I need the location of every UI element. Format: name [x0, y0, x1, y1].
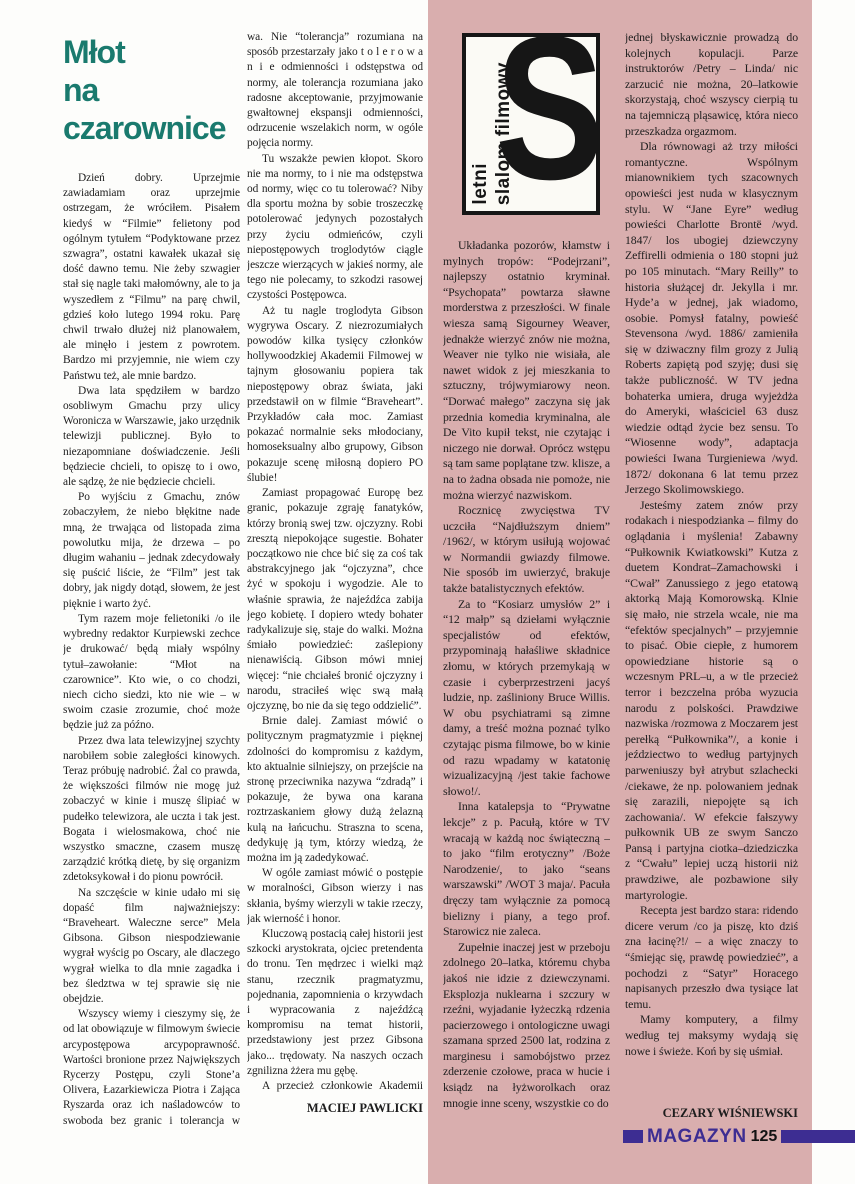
- slalom-filmowy-logo: letni slalom filmowy S: [462, 33, 600, 215]
- paragraph: Recepta jest bardzo stara: ridendo dicer…: [625, 903, 798, 1012]
- paragraph: Dwa lata spędziłem w bardzo osobliwym Gm…: [63, 384, 240, 490]
- article-left-text-1: Dzień dobry. Uprzejmie zawiadamiam oraz …: [63, 171, 240, 1128]
- paragraph: Dzień dobry. Uprzejmie zawiadamiam oraz …: [63, 171, 240, 384]
- article-left-text-2: wa. Nie “tolerancja” rozumiana na sposób…: [247, 30, 423, 1095]
- paragraph: Przez dwa lata telewizyjnej szychty naro…: [63, 734, 240, 886]
- paragraph: Po wyjściu z Gmachu, znów zobaczyłem, że…: [63, 490, 240, 612]
- logo-vertical-text-letni: letni: [470, 163, 492, 205]
- magazine-page: Młot na czarownice Dzień dobry. Uprzejmi…: [0, 0, 855, 1184]
- footer-bar-right: [781, 1130, 855, 1143]
- paragraph: A przecież członkowie Akademii Filmowej …: [247, 1079, 423, 1095]
- article-right-text-2: jednej błyskawicznie prowadzą do kolejny…: [625, 30, 798, 1059]
- article-left-column-2: wa. Nie “tolerancja” rozumiana na sposób…: [247, 30, 423, 1095]
- author-signature-right: CEZARY WIŚNIEWSKI: [625, 1106, 798, 1121]
- article-right-text-1: Układanka pozorów, kłamstw i mylnych tro…: [443, 238, 610, 1111]
- paragraph: Zupełnie inaczej jest w przeboju zdolneg…: [443, 940, 610, 1112]
- paragraph: Jesteśmy zatem znów przy rodakach i nies…: [625, 498, 798, 903]
- paragraph: Zamiast propagować Europę bez granic, po…: [247, 486, 423, 714]
- paragraph: Na szczęście w kinie udało mi się dopaść…: [63, 886, 240, 1008]
- article-right-column-2: jednej błyskawicznie prowadzą do kolejny…: [625, 30, 798, 1100]
- paragraph: Inna katalepsja to “Prywatne lekcje” z p…: [443, 799, 610, 939]
- page-footer: MAGAZYN 125: [623, 1128, 855, 1145]
- paragraph: Tym razem moje felietoniki /o ile wybred…: [63, 612, 240, 734]
- logo-letter-s: S: [495, 33, 600, 211]
- title-line-3: czarownice: [63, 109, 240, 147]
- paragraph: Brnie dalej. Zamiast mówić o politycznym…: [247, 714, 423, 866]
- article-left-column-1: Młot na czarownice Dzień dobry. Uprzejmi…: [63, 33, 240, 1128]
- paragraph: jednej błyskawicznie prowadzą do kolejny…: [625, 30, 798, 139]
- paragraph: Rocznicę zwycięstwa TV uczciła “Najdłużs…: [443, 503, 610, 597]
- paragraph: Układanka pozorów, kłamstw i mylnych tro…: [443, 238, 610, 503]
- paragraph: wa. Nie “tolerancja” rozumiana na sposób…: [247, 30, 423, 152]
- magazyn-logo: MAGAZYN: [647, 1128, 747, 1145]
- paragraph: Kluczową postacią całej historii jest sz…: [247, 927, 423, 1079]
- footer-bar-left: [623, 1130, 643, 1143]
- paragraph: Za to “Kosiarz umysłów 2” i “12 małp” są…: [443, 597, 610, 800]
- paragraph: Tu wszakże pewien kłopot. Skoro nie ma n…: [247, 152, 423, 304]
- article-right-column-1: Układanka pozorów, kłamstw i mylnych tro…: [443, 238, 610, 1128]
- paragraph: Mamy komputery, a filmy według tej maksy…: [625, 1012, 798, 1059]
- paragraph: Aż tu nagle troglodyta Gibson wygrywa Os…: [247, 304, 423, 486]
- page-title: Młot na czarownice: [63, 33, 240, 147]
- paragraph: Dla równowagi aż trzy miłości romantyczn…: [625, 139, 798, 498]
- paragraph: W ogóle zamiast mówić o postępie w moral…: [247, 866, 423, 927]
- title-line-1: Młot: [63, 33, 240, 71]
- title-line-2: na: [63, 71, 240, 109]
- paragraph: Wszyscy wiemy i cieszymy się, że od lat …: [63, 1007, 240, 1128]
- page-number: 125: [751, 1128, 778, 1146]
- author-signature-left: MACIEJ PAWLICKI: [247, 1101, 423, 1116]
